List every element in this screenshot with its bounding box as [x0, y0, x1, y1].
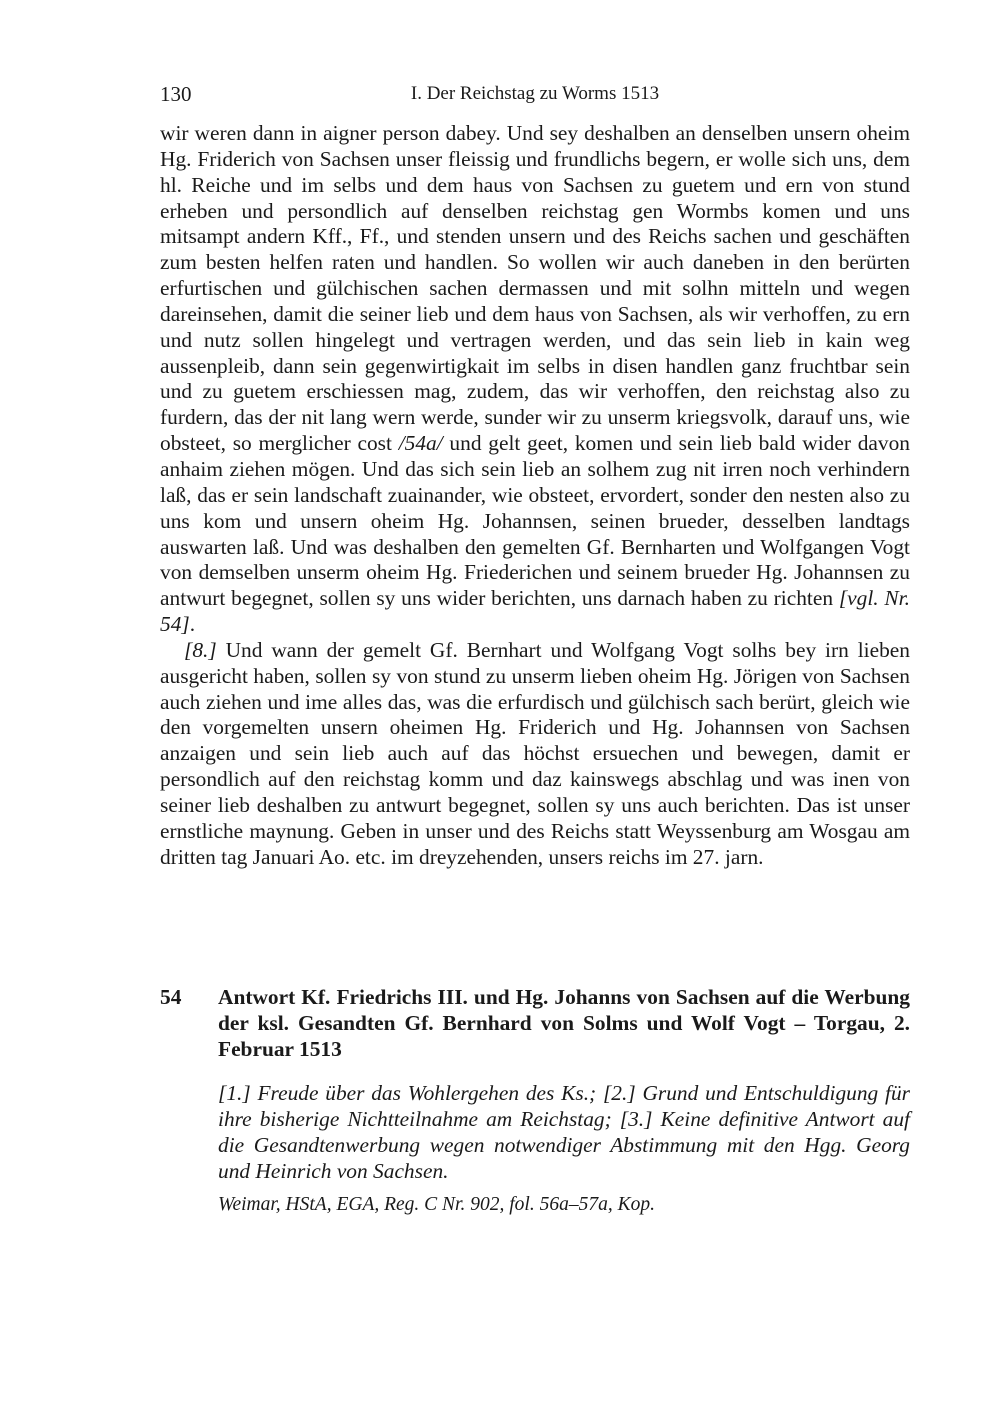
- continuation-text: wir weren dann in aigner person dabey. U…: [160, 121, 910, 870]
- text-run: und gelt geet, komen und sein lieb bald …: [160, 431, 910, 610]
- running-head: 130 I. Der Reichstag zu Worms 1513: [160, 80, 910, 108]
- text-run: Und wann der gemelt Gf. Bernhart und Wol…: [160, 638, 910, 869]
- text-run: wir weren dann in aigner person dabey. U…: [160, 121, 910, 455]
- document-source: Weimar, HStA, EGA, Reg. C Nr. 902, fol. …: [218, 1192, 910, 1218]
- folio-marker: /54a/: [399, 431, 443, 455]
- section-marker: [8.]: [184, 638, 217, 662]
- running-title: I. Der Reichstag zu Worms 1513: [160, 80, 910, 108]
- document-summary: [1.] Freude über das Wohlergehen des Ks.…: [218, 1080, 910, 1184]
- paragraph-continued: wir weren dann in aigner person dabey. U…: [160, 121, 910, 638]
- paragraph-8: [8.] Und wann der gemelt Gf. Bernhart un…: [160, 638, 910, 871]
- document-title: Antwort Kf. Friedrichs III. und Hg. Joha…: [218, 984, 910, 1062]
- document-number: 54: [160, 984, 181, 1010]
- text-run: .: [190, 612, 195, 636]
